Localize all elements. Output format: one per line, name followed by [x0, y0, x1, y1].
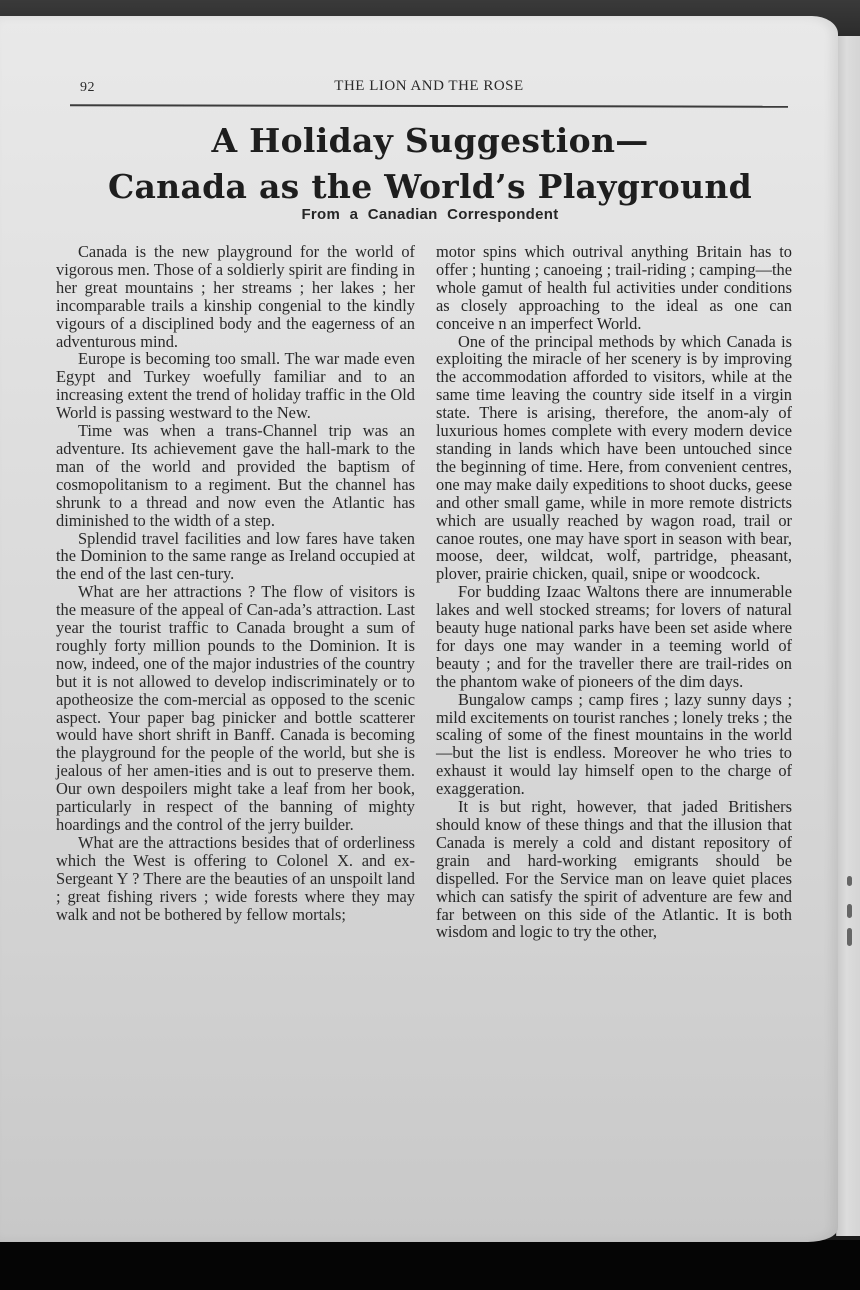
paragraph: Europe is becoming too small. The war ma… [56, 350, 415, 422]
paragraph: What are the attractions besides that of… [56, 834, 415, 924]
paragraph-continuation: motor spins which outrival anything Brit… [436, 243, 792, 333]
paragraph: Bungalow camps ; camp fires ; lazy sunny… [436, 691, 792, 798]
adjacent-page-edge [836, 36, 860, 1236]
paragraph: For budding Izaac Waltons there are innu… [436, 583, 792, 690]
photo-backdrop-bottom [0, 1240, 860, 1290]
page-edge-marks [847, 876, 855, 966]
article-byline: From a Canadian Correspondent [60, 206, 800, 223]
paragraph: It is but right, however, that jaded Bri… [436, 798, 792, 941]
article-title: A Holiday Suggestion— Canada as the Worl… [60, 118, 800, 210]
right-column: motor spins which outrival anything Brit… [436, 243, 792, 941]
paragraph: One of the principal methods by which Ca… [436, 333, 792, 584]
paragraph: Canada is the new playground for the wor… [56, 243, 415, 350]
left-column: Canada is the new playground for the wor… [56, 243, 415, 923]
page-header: 92 THE LION AND THE ROSE [68, 78, 790, 100]
paragraph: Time was when a trans-Channel trip was a… [56, 422, 415, 529]
running-head: THE LION AND THE ROSE [68, 78, 790, 95]
paragraph: Splendid travel facilities and low fares… [56, 530, 415, 584]
title-line-2: Canada as the World’s Playground [60, 164, 800, 210]
paragraph: What are her attractions ? The flow of v… [56, 583, 415, 834]
title-line-1: A Holiday Suggestion— [60, 118, 800, 164]
